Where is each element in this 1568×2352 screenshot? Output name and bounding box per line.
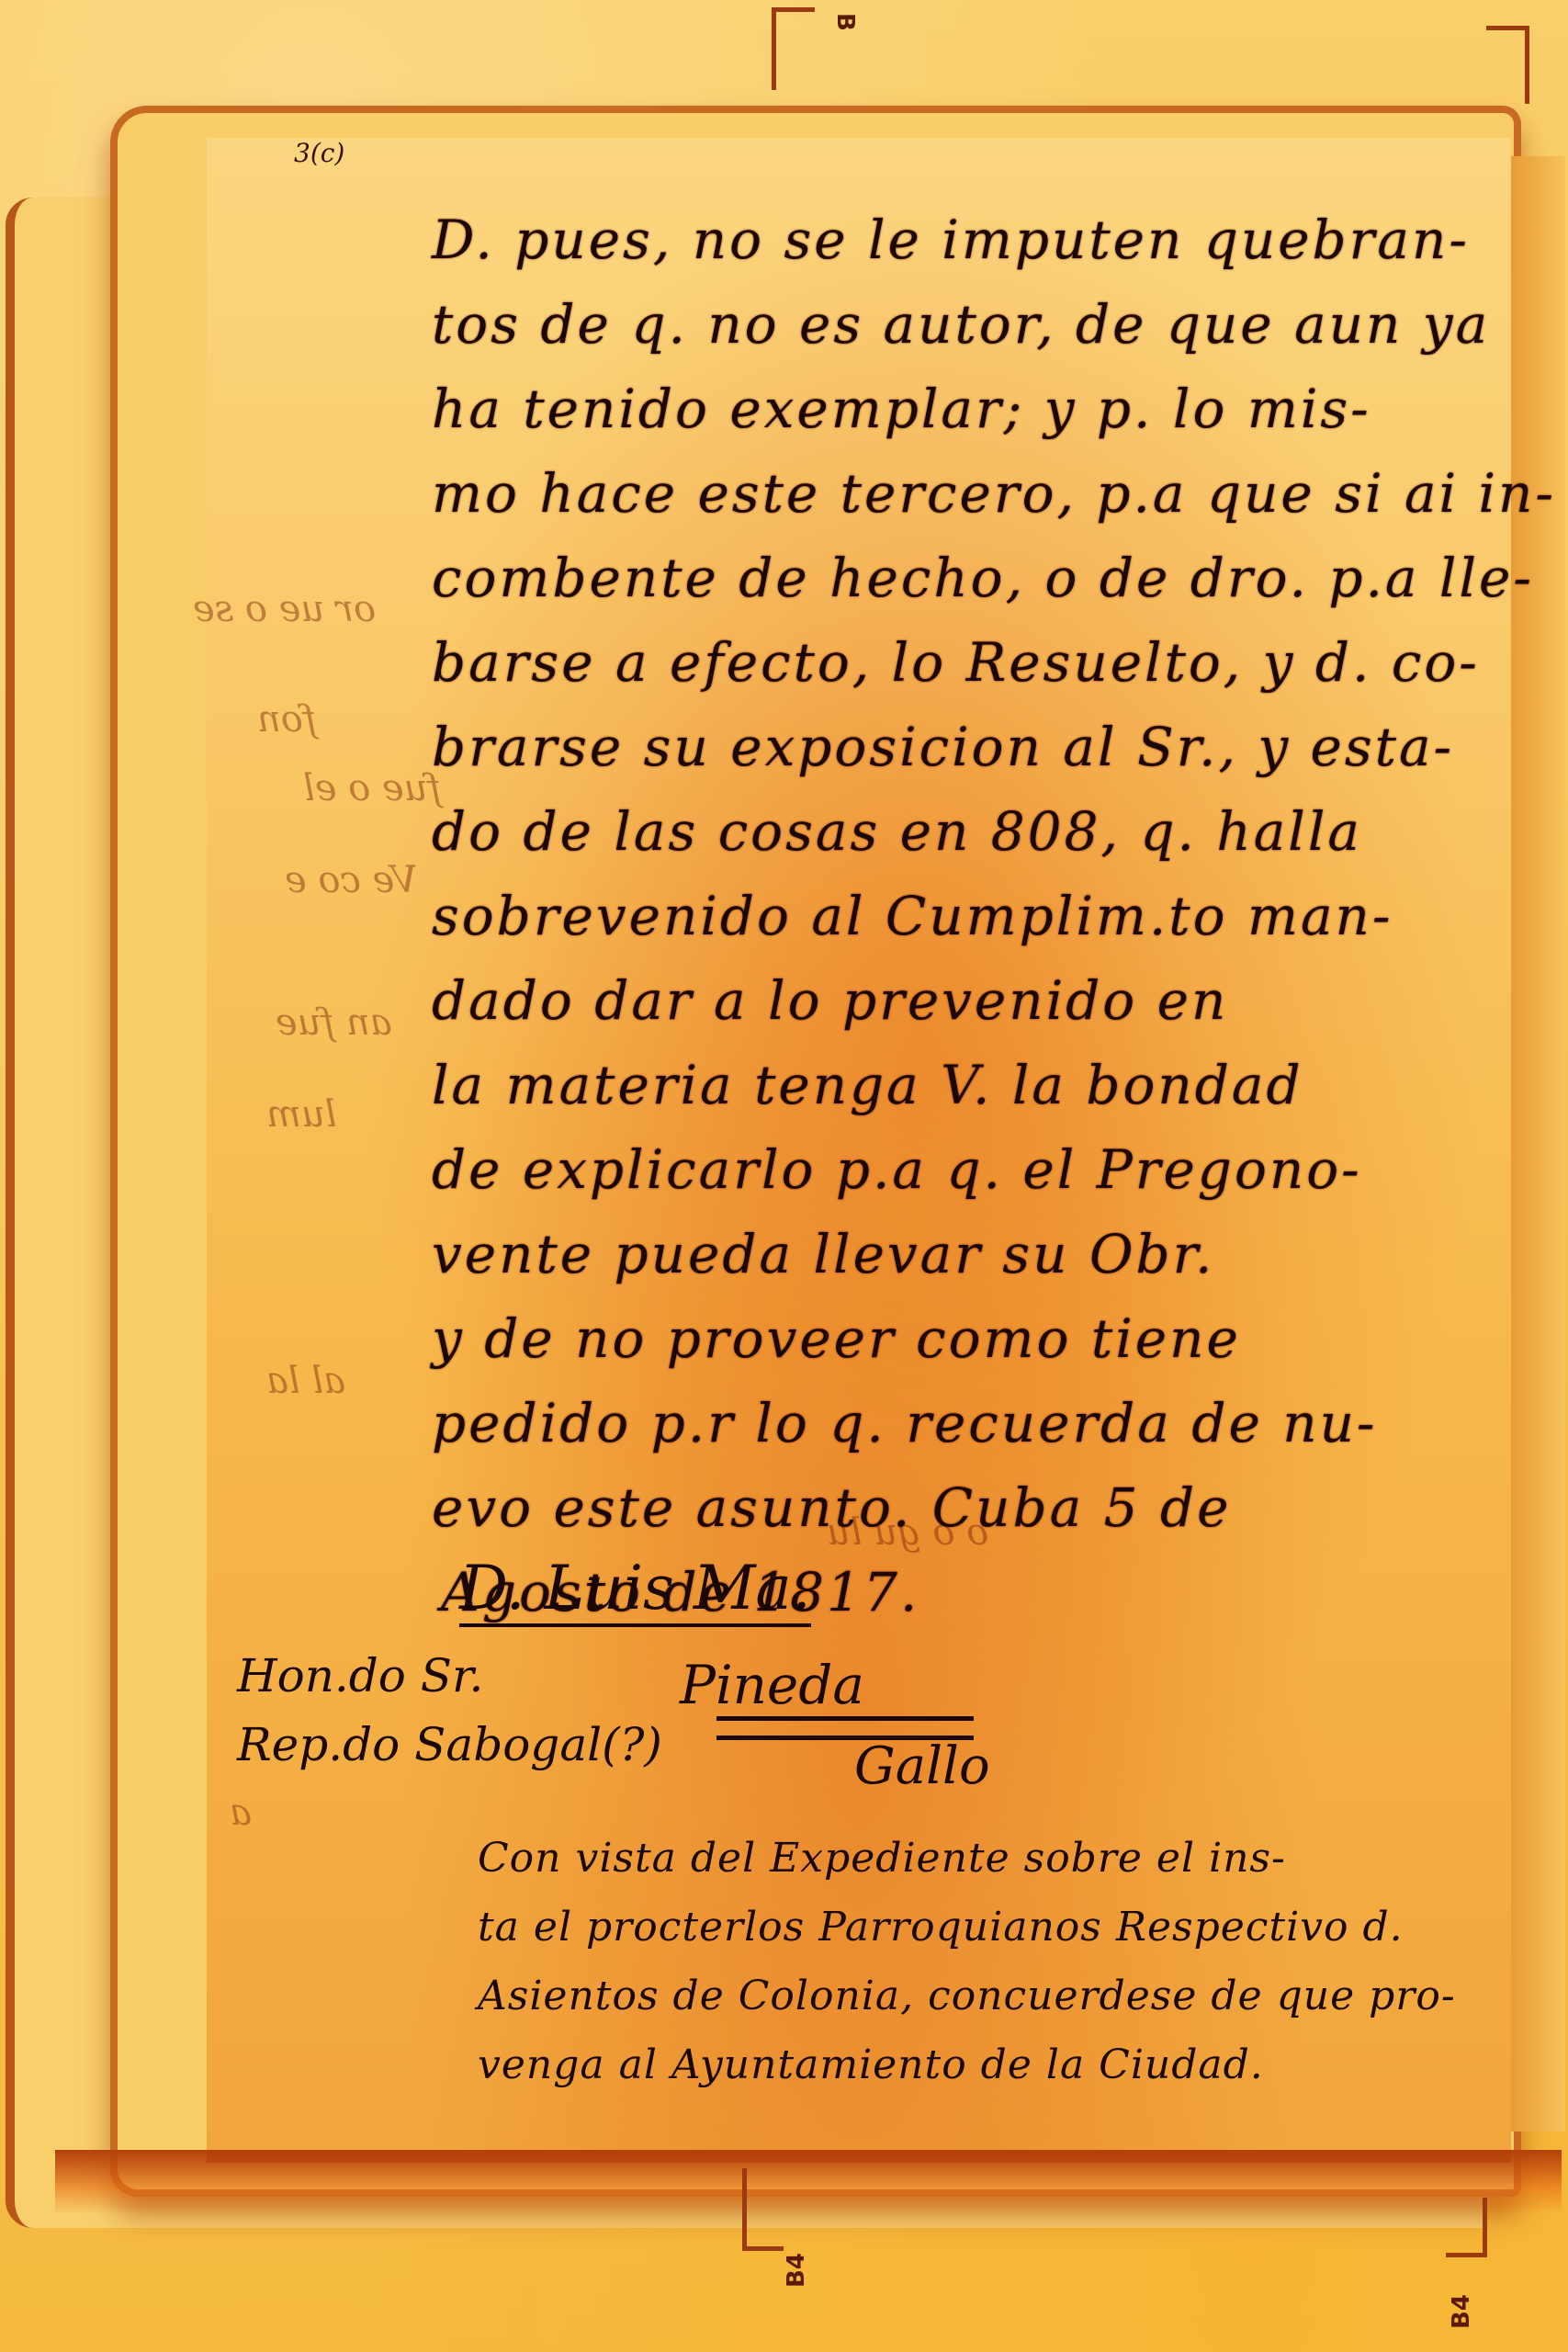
bleed-through-text: or ue o se [193,588,376,630]
manuscript-line: mo hace este tercero, p.a que si ai in- [432,451,1516,536]
manuscript-body: D. pues, no se le imputen quebran- tos d… [432,198,1516,1634]
manuscript-line: tos de q. no es autor, de que aun ya [432,282,1516,367]
signature-second-line: Pineda [680,1654,864,1716]
marker-label-bottom-right: B4 [1448,2294,1475,2329]
manuscript-line: vente pueda llevar su Obr. [432,1212,1516,1296]
decree-block: Con vista del Expediente sobre el ins- t… [478,1824,1525,2099]
crop-mark-top-left [772,7,815,90]
manuscript-line: combente de hecho, o de dro. p.a lle- [432,536,1516,620]
bleed-through-text: Ve co e [285,859,417,901]
margin-note: Rep.do Sabogal(?) [237,1718,662,1771]
decree-line: Asientos de Colonia, concuerdese de que … [478,1962,1525,2030]
manuscript-line: sobrevenido al Cumplim.to man- [432,874,1516,958]
bleed-through-text: al la [266,1360,345,1402]
manuscript-line: de explicarlo p.a q. el Pregono- [432,1127,1516,1212]
decree-line: ta el procterlos Parroquianos Respectivo… [478,1893,1525,1962]
decree-line: venga al Ayuntamiento de la Ciudad. [478,2030,1525,2099]
marker-label-top: B [831,13,859,31]
crop-mark-bottom-left [742,2168,784,2251]
crop-mark-top-right [1486,26,1529,104]
crop-mark-bottom-right [1446,2198,1487,2257]
closing-signature: Gallo [854,1736,990,1796]
page-bottom-shadow [55,2150,1562,2214]
margin-note: Hon.do Sr. [237,1649,483,1702]
bleed-through-text: a [230,1792,252,1834]
manuscript-line: la materia tenga V. la bondad [432,1043,1516,1127]
manuscript-line: do de las cosas en 808, q. halla [432,789,1516,874]
manuscript-line: barse a efecto, lo Resuelto, y d. co- [432,620,1516,705]
bleed-through-text: fue o el [303,767,441,809]
manuscript-line: brarse su exposicion al Sr., y esta- [432,705,1516,789]
bleed-through-text: lum [266,1093,336,1136]
marker-label-bottom-left: B4 [783,2253,810,2288]
manuscript-line: evo este asunto. Cuba 5 de [432,1465,1516,1550]
manuscript-line: dado dar a lo prevenido en [432,958,1516,1043]
decree-line: Con vista del Expediente sobre el ins- [478,1824,1525,1893]
signature-name: D. Luis Ma. [459,1553,811,1627]
manuscript-line: y de no proveer como tiene [432,1296,1516,1381]
manuscript-line: pedido p.r lo q. recuerda de nu- [432,1381,1516,1465]
manuscript-line: D. pues, no se le imputen quebran- [432,198,1516,282]
page-marker: 3(c) [294,138,344,168]
bleed-through-text: an fue [276,1001,392,1044]
manuscript-line: ha tenido exemplar; y p. lo mis- [432,367,1516,451]
bleed-through-text: fon [257,698,317,741]
